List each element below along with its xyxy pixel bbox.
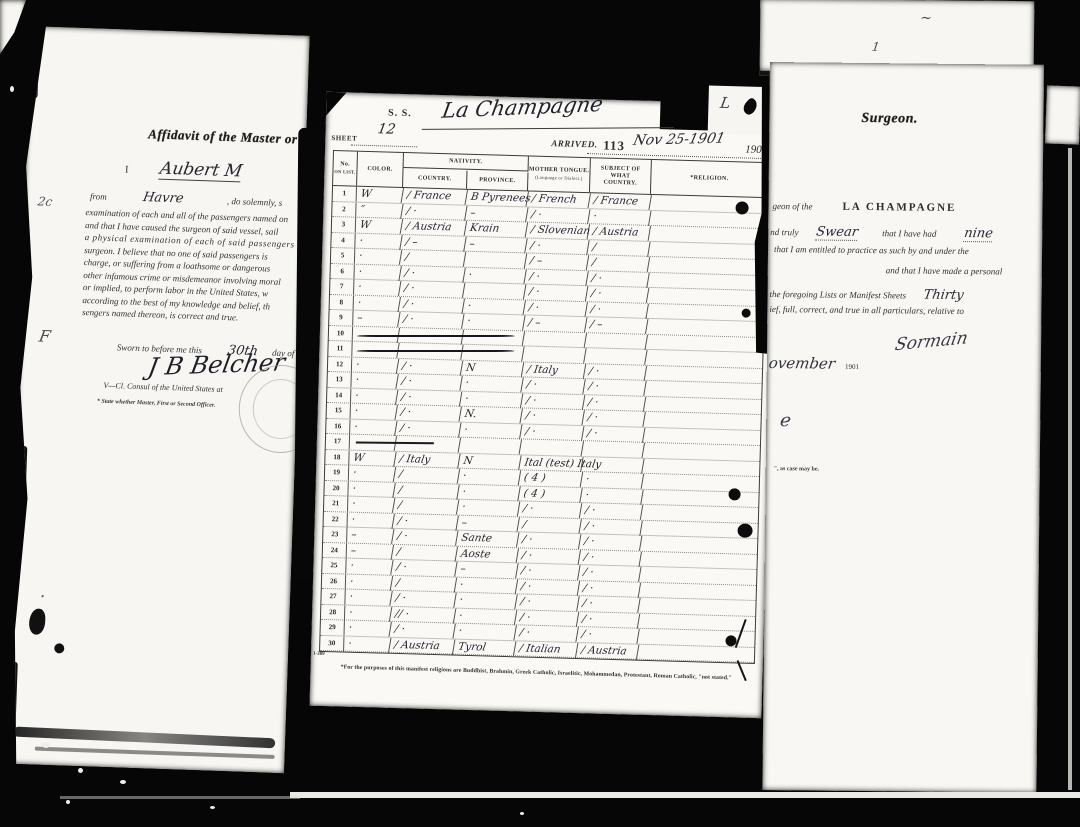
edge-streak [23, 234, 30, 296]
table-cell: · [454, 593, 518, 610]
table-cell: · [454, 608, 518, 625]
table-cell [349, 435, 398, 451]
row-number: 13 [327, 372, 351, 388]
row-number: 19 [325, 465, 349, 481]
line6: ief, full, correct, and true in all part… [769, 304, 964, 316]
table-cell: ″ [355, 202, 404, 218]
table-cell: ∕ · [526, 207, 591, 224]
table-cell: ∕ · [392, 513, 459, 530]
dust-speck [210, 806, 215, 809]
surgeon-title: Surgeon. [861, 111, 918, 128]
manifest-footnote: *For the purposes of this manifest relig… [341, 664, 741, 681]
row-number: 12 [328, 356, 352, 372]
affidavit-title: Affidavit of the Master or Com [148, 126, 310, 148]
table-cell: ∕ · [397, 358, 464, 375]
table-cell: ∕ France [402, 188, 469, 205]
table-cell: W [348, 450, 397, 466]
table-cell [523, 331, 588, 348]
table-cell: ∕ · [582, 426, 646, 443]
table-cell: ∕ [587, 255, 651, 272]
table-cell: ∕ · [516, 563, 581, 580]
pencil-mark: F [38, 327, 52, 346]
table-cell: · [463, 267, 527, 284]
col-color: COLOR. [357, 152, 404, 187]
col-tongue-sub: (Language or Dialect.) [535, 174, 583, 182]
dust-speck [10, 86, 14, 92]
table-cell: ∕ · [401, 204, 468, 221]
col-subject-label: SUBJECT OF WHAT COUNTRY. [595, 165, 646, 187]
row-number: 18 [325, 449, 349, 465]
arrival-number-stamp: 113 [603, 138, 625, 155]
table-cell: ∕ [394, 467, 461, 484]
table-cell: ∕ Austria [588, 224, 652, 241]
col-color-label: COLOR. [367, 165, 392, 173]
table-cell: ∕ · [515, 594, 580, 611]
table-cell: – [456, 515, 520, 532]
port-script: Havre [141, 190, 184, 206]
table-cell: ∕ Italian [514, 641, 579, 658]
table-cell: · [354, 249, 403, 265]
table-cell: ∕ · [586, 271, 650, 288]
table-cell: ∕ · [517, 548, 582, 565]
form-number: 1-389 [313, 652, 325, 657]
table-cell: ∕ Italy [394, 451, 461, 468]
table-cell [581, 457, 645, 474]
pencil-mark: ~ [919, 10, 933, 26]
table-cell: – [346, 528, 395, 544]
table-cell: ∕ · [525, 238, 590, 255]
table-cell: · [458, 469, 522, 486]
arrival-date-script: Nov 25-1901 [632, 131, 727, 149]
table-cell: ∕ [517, 517, 582, 534]
table-cell: ∕ · [583, 395, 647, 412]
from-label: from [90, 191, 107, 202]
table-cell: ∕ · [516, 579, 581, 596]
table-cell [582, 441, 646, 458]
table-cell: · [462, 298, 526, 315]
table-cell: W [355, 218, 404, 234]
table-cell: – [346, 543, 395, 559]
row-number: 30 [320, 635, 344, 651]
table-cell: Ital (test) Italy [519, 455, 584, 472]
right-edge-scrap [1045, 85, 1080, 144]
row-number: 27 [321, 589, 345, 605]
table-cell: ∕ · [395, 405, 462, 422]
col-religion-label: *RELIGION. [690, 174, 728, 182]
table-cell: · [353, 280, 402, 296]
table-cell: ∕ – [400, 234, 467, 251]
table-cell: N [461, 360, 525, 377]
paper-hole [29, 608, 46, 635]
table-cell: ∕ · [396, 389, 463, 406]
row-number: 4 [331, 233, 355, 249]
row-number: 11 [328, 341, 352, 357]
table-cell: ∕ – [525, 253, 590, 270]
year-small: 1901 [845, 363, 859, 371]
table-cell: ∕ France [588, 193, 652, 210]
table-cell: ∕ · [523, 300, 588, 317]
table-cell: B Pyrenees [466, 190, 530, 207]
row-number: 15 [327, 403, 351, 419]
col-country: COUNTRY. [403, 169, 467, 189]
col-no-line2: ON LIST. [334, 168, 356, 176]
corner-tear [326, 92, 347, 117]
table-cell: ∕ – [585, 317, 649, 334]
table-cell: · [460, 376, 524, 393]
table-cell: · [349, 419, 398, 435]
dust-speck [42, 742, 50, 748]
sheet-rule [351, 145, 417, 148]
row-number: 23 [323, 527, 347, 543]
top-notch [660, 97, 711, 130]
table-cell [585, 333, 649, 350]
table-cell: – [455, 562, 519, 579]
ss-label: S. S. [388, 108, 412, 120]
affidavit-footnote: * State whether Master, First or Second … [97, 399, 216, 409]
table-cell: ∕ [392, 544, 459, 561]
row-number: 29 [320, 620, 344, 636]
table-cell: · [455, 577, 519, 594]
table-cell: ∕ [391, 575, 458, 592]
flap-ink-blob [741, 97, 761, 117]
table-cell: ∕ French [526, 191, 591, 208]
line3: that I am entitled to practice as such b… [774, 244, 969, 256]
table-cell: N [458, 453, 522, 470]
table-cell: ∕ · [524, 284, 589, 301]
table-cell: – [464, 236, 528, 253]
row-number: 25 [322, 558, 346, 574]
table-cell [352, 326, 401, 342]
table-cell: ∕ · [517, 532, 582, 549]
ship-name-script: La Champagne [440, 92, 604, 123]
table-cell: · [347, 481, 396, 497]
manifest-table: No. ON LIST. COLOR. NATIVITY. COUNTRY. P… [319, 150, 769, 664]
sheet-number-script: 12 [376, 121, 397, 137]
table-cell: – [465, 205, 529, 222]
table-cell: ∕ · [579, 534, 643, 551]
month-script: ovember [767, 354, 836, 373]
table-cell: · [346, 512, 395, 528]
table-cell: ∕ · [576, 627, 640, 644]
col-religion: *RELIGION. [651, 160, 768, 197]
table-cell [522, 346, 587, 363]
opener-i: I [125, 164, 129, 175]
row-number: 21 [324, 496, 348, 512]
row-number: 14 [327, 387, 351, 403]
row-number: 26 [322, 573, 346, 589]
table-cell: · [354, 233, 403, 249]
thirty-script: Thirty [923, 288, 965, 303]
bottom-smudge-2 [35, 747, 275, 759]
table-cell: ∕ · [399, 281, 466, 298]
table-cell: Tyrol [453, 639, 517, 656]
line1-pre: geon of the [772, 201, 812, 211]
table-cell [464, 252, 528, 269]
table-cell: ∕ · [391, 560, 458, 577]
nine-script: nine [963, 226, 994, 242]
table-cell: ∕ · [579, 550, 643, 567]
table-cell: · [347, 497, 396, 513]
ship-name-rule [422, 127, 674, 130]
table-cell: · [581, 472, 645, 489]
table-cell: ∕ · [515, 610, 580, 627]
col-province-label: PROVINCE. [479, 177, 515, 185]
table-cell: Sante [456, 531, 520, 548]
microfilm-scan: Affidavit of the Master or Com I Aubert … [0, 0, 1080, 827]
table-cell: ∕ Austria [389, 637, 456, 654]
table-cell: ∕ · [578, 565, 642, 582]
table-cell: · [457, 500, 521, 517]
table-cell: · [344, 590, 393, 606]
table-cell: ∕ · [520, 424, 585, 441]
consul-line: V—Cl. Consul of the United States at [103, 381, 223, 394]
table-cell: ∕∕ · [390, 606, 457, 623]
table-cell: ( 4 ) [519, 470, 584, 487]
table-cell: ∕ · [518, 501, 583, 518]
table-cell: ∕ · [389, 622, 456, 639]
paper-hole [54, 643, 64, 653]
table-cell [463, 283, 527, 300]
sheet-label: SHEET [331, 134, 357, 143]
table-cell [584, 348, 648, 365]
dust-speck [120, 780, 126, 784]
table-cell: ∕ · [524, 269, 589, 286]
row-number: 9 [329, 310, 353, 326]
surgeon-page: Surgeon. geon of the LA CHAMPAGNE nd tru… [762, 62, 1044, 793]
table-cell: · [580, 488, 644, 505]
table-cell: · [349, 404, 398, 420]
table-cell: · [588, 209, 652, 226]
table-cell: N. [459, 407, 523, 424]
table-cell: · [350, 373, 399, 389]
table-cell: Aoste [456, 546, 520, 563]
table-cell: ∕ · [577, 612, 641, 629]
table-cell: ∕ · [579, 519, 643, 536]
table-cell: ∕ · [392, 529, 459, 546]
right-edge-line [1068, 148, 1072, 790]
table-cell [462, 329, 526, 346]
table-cell: ∕ · [578, 581, 642, 598]
table-cell: W [356, 187, 405, 203]
row-number: 8 [330, 294, 354, 310]
table-cell: – [352, 311, 401, 327]
table-cell: ∕ – [523, 315, 588, 332]
table-cell: ∕ · [399, 296, 466, 313]
solemnly-text: , do solemnly, s [227, 196, 283, 208]
line2-mid: that I have had [882, 228, 936, 239]
surgeon-signature-script: Sormain [893, 328, 969, 355]
table-cell: ∕ · [585, 302, 649, 319]
table-cell: ∕ · [396, 374, 463, 391]
table-cell: · [353, 295, 402, 311]
table-cell: ∕ · [399, 265, 466, 282]
table-cell: ∕ · [398, 312, 465, 329]
table-cell: ∕ Italy [522, 362, 587, 379]
table-cell: ( 4 ) [518, 486, 583, 503]
manifest-rows: 1W∕ FranceB Pyrenees∕ French∕ France2″∕ … [320, 186, 767, 663]
edge-streak [8, 662, 17, 732]
row-number: 20 [324, 480, 348, 496]
dust-speck [78, 768, 83, 773]
line2-pre: nd truly [770, 227, 798, 237]
ship-stamp: LA CHAMPAGNE [842, 201, 956, 214]
table-cell [459, 438, 523, 455]
table-cell: · [350, 388, 399, 404]
table-cell: ∕ Austria [576, 643, 640, 660]
table-cell [397, 343, 464, 360]
table-cell: ∕ · [577, 596, 641, 613]
row-number: 17 [326, 434, 350, 450]
table-cell: ∕ · [586, 286, 650, 303]
table-cell [395, 436, 462, 453]
table-cell: ∕ · [521, 393, 586, 410]
row-number: 16 [326, 418, 350, 434]
pencil-mark: 1 [871, 40, 881, 54]
row-number: 10 [329, 325, 353, 341]
table-cell: ∕ · [582, 410, 646, 427]
table-cell [520, 439, 585, 456]
table-cell: · [351, 357, 400, 373]
edge-streak [20, 446, 28, 496]
table-cell: · [344, 605, 393, 621]
row-number: 28 [321, 604, 345, 620]
line5-pre: the foregoing Lists or Manifest Sheets [770, 289, 907, 300]
col-country-label: COUNTRY. [418, 175, 452, 183]
table-cell: ∕ [393, 498, 460, 515]
table-cell: ∕ · [583, 379, 647, 396]
col-subject: SUBJECT OF WHAT COUNTRY. [590, 158, 652, 194]
bottom-film-strip-faint [60, 796, 300, 799]
table-cell: ∕ · [395, 420, 462, 437]
table-cell: · [460, 391, 524, 408]
table-cell: ∕ · [520, 408, 585, 425]
table-cell: ∕ · [521, 377, 586, 394]
surgeon-small-print: ", as case may be. [774, 466, 819, 472]
arrived-label: ARRIVED. [551, 138, 598, 149]
dust-speck [520, 812, 524, 815]
table-cell: · [345, 574, 394, 590]
affidavit-body: examination of each and all of the passe… [82, 206, 310, 326]
row-number: 7 [330, 279, 354, 295]
torn-scrap [0, 0, 26, 54]
bottom-smudge [13, 726, 275, 748]
row-number: 24 [323, 542, 347, 558]
col-nativity-label: NATIVITY. [449, 158, 482, 166]
table-cell [398, 327, 465, 344]
col-mother-tongue: MOTHER TONGUE. (Language or Dialect.) [528, 156, 591, 192]
dust-speck [66, 800, 70, 804]
table-cell: ∕ [393, 482, 460, 499]
table-cell: · [343, 636, 392, 652]
row-number: 2 [332, 202, 356, 218]
table-cell: ∕ Slovenian [526, 222, 591, 239]
table-cell: ∕ · [580, 503, 644, 520]
table-cell: · [459, 422, 523, 439]
table-cell: ∕ [400, 250, 467, 267]
row-number: 3 [332, 217, 356, 233]
table-cell: · [453, 624, 517, 641]
table-cell: Krain [465, 221, 529, 238]
table-cell: · [462, 314, 526, 331]
row-number: 6 [330, 263, 354, 279]
table-cell: ∕ · [584, 364, 648, 381]
flourish-script: e [779, 410, 793, 431]
table-cell: ∕ Austria [401, 219, 468, 236]
row-number: 22 [324, 511, 348, 527]
pencil-mark: · [38, 587, 46, 606]
table-cell [351, 342, 400, 358]
table-cell: · [353, 264, 402, 280]
year-prefix: 190 [745, 144, 762, 156]
swear-script: Swear [815, 225, 859, 241]
row-number: 5 [331, 248, 355, 264]
table-cell: · [457, 484, 521, 501]
table-cell: · [343, 621, 392, 637]
row-number: 1 [333, 186, 357, 202]
pencil-mark: 2c [37, 194, 54, 208]
line4: and that I have made a personal [886, 265, 1003, 276]
col-province: PROVINCE. [467, 171, 528, 191]
affidavit-page: Affidavit of the Master or Com I Aubert … [4, 26, 310, 773]
table-cell: ∕ · [514, 625, 579, 642]
table-cell [461, 345, 525, 362]
table-cell: · [348, 466, 397, 482]
flap-pencil-mark: L [719, 94, 732, 112]
manifest-page: L S. S. La Champagne SHEET 12 ARRIVED. 1… [310, 92, 779, 718]
table-cell: ∕ [587, 240, 651, 257]
table-cell: ∕ · [390, 591, 457, 608]
table-cell: · [345, 559, 394, 575]
edge-streak [31, 54, 39, 98]
master-name-script: Aubert M [159, 159, 245, 183]
bottom-film-strip [290, 792, 1080, 798]
